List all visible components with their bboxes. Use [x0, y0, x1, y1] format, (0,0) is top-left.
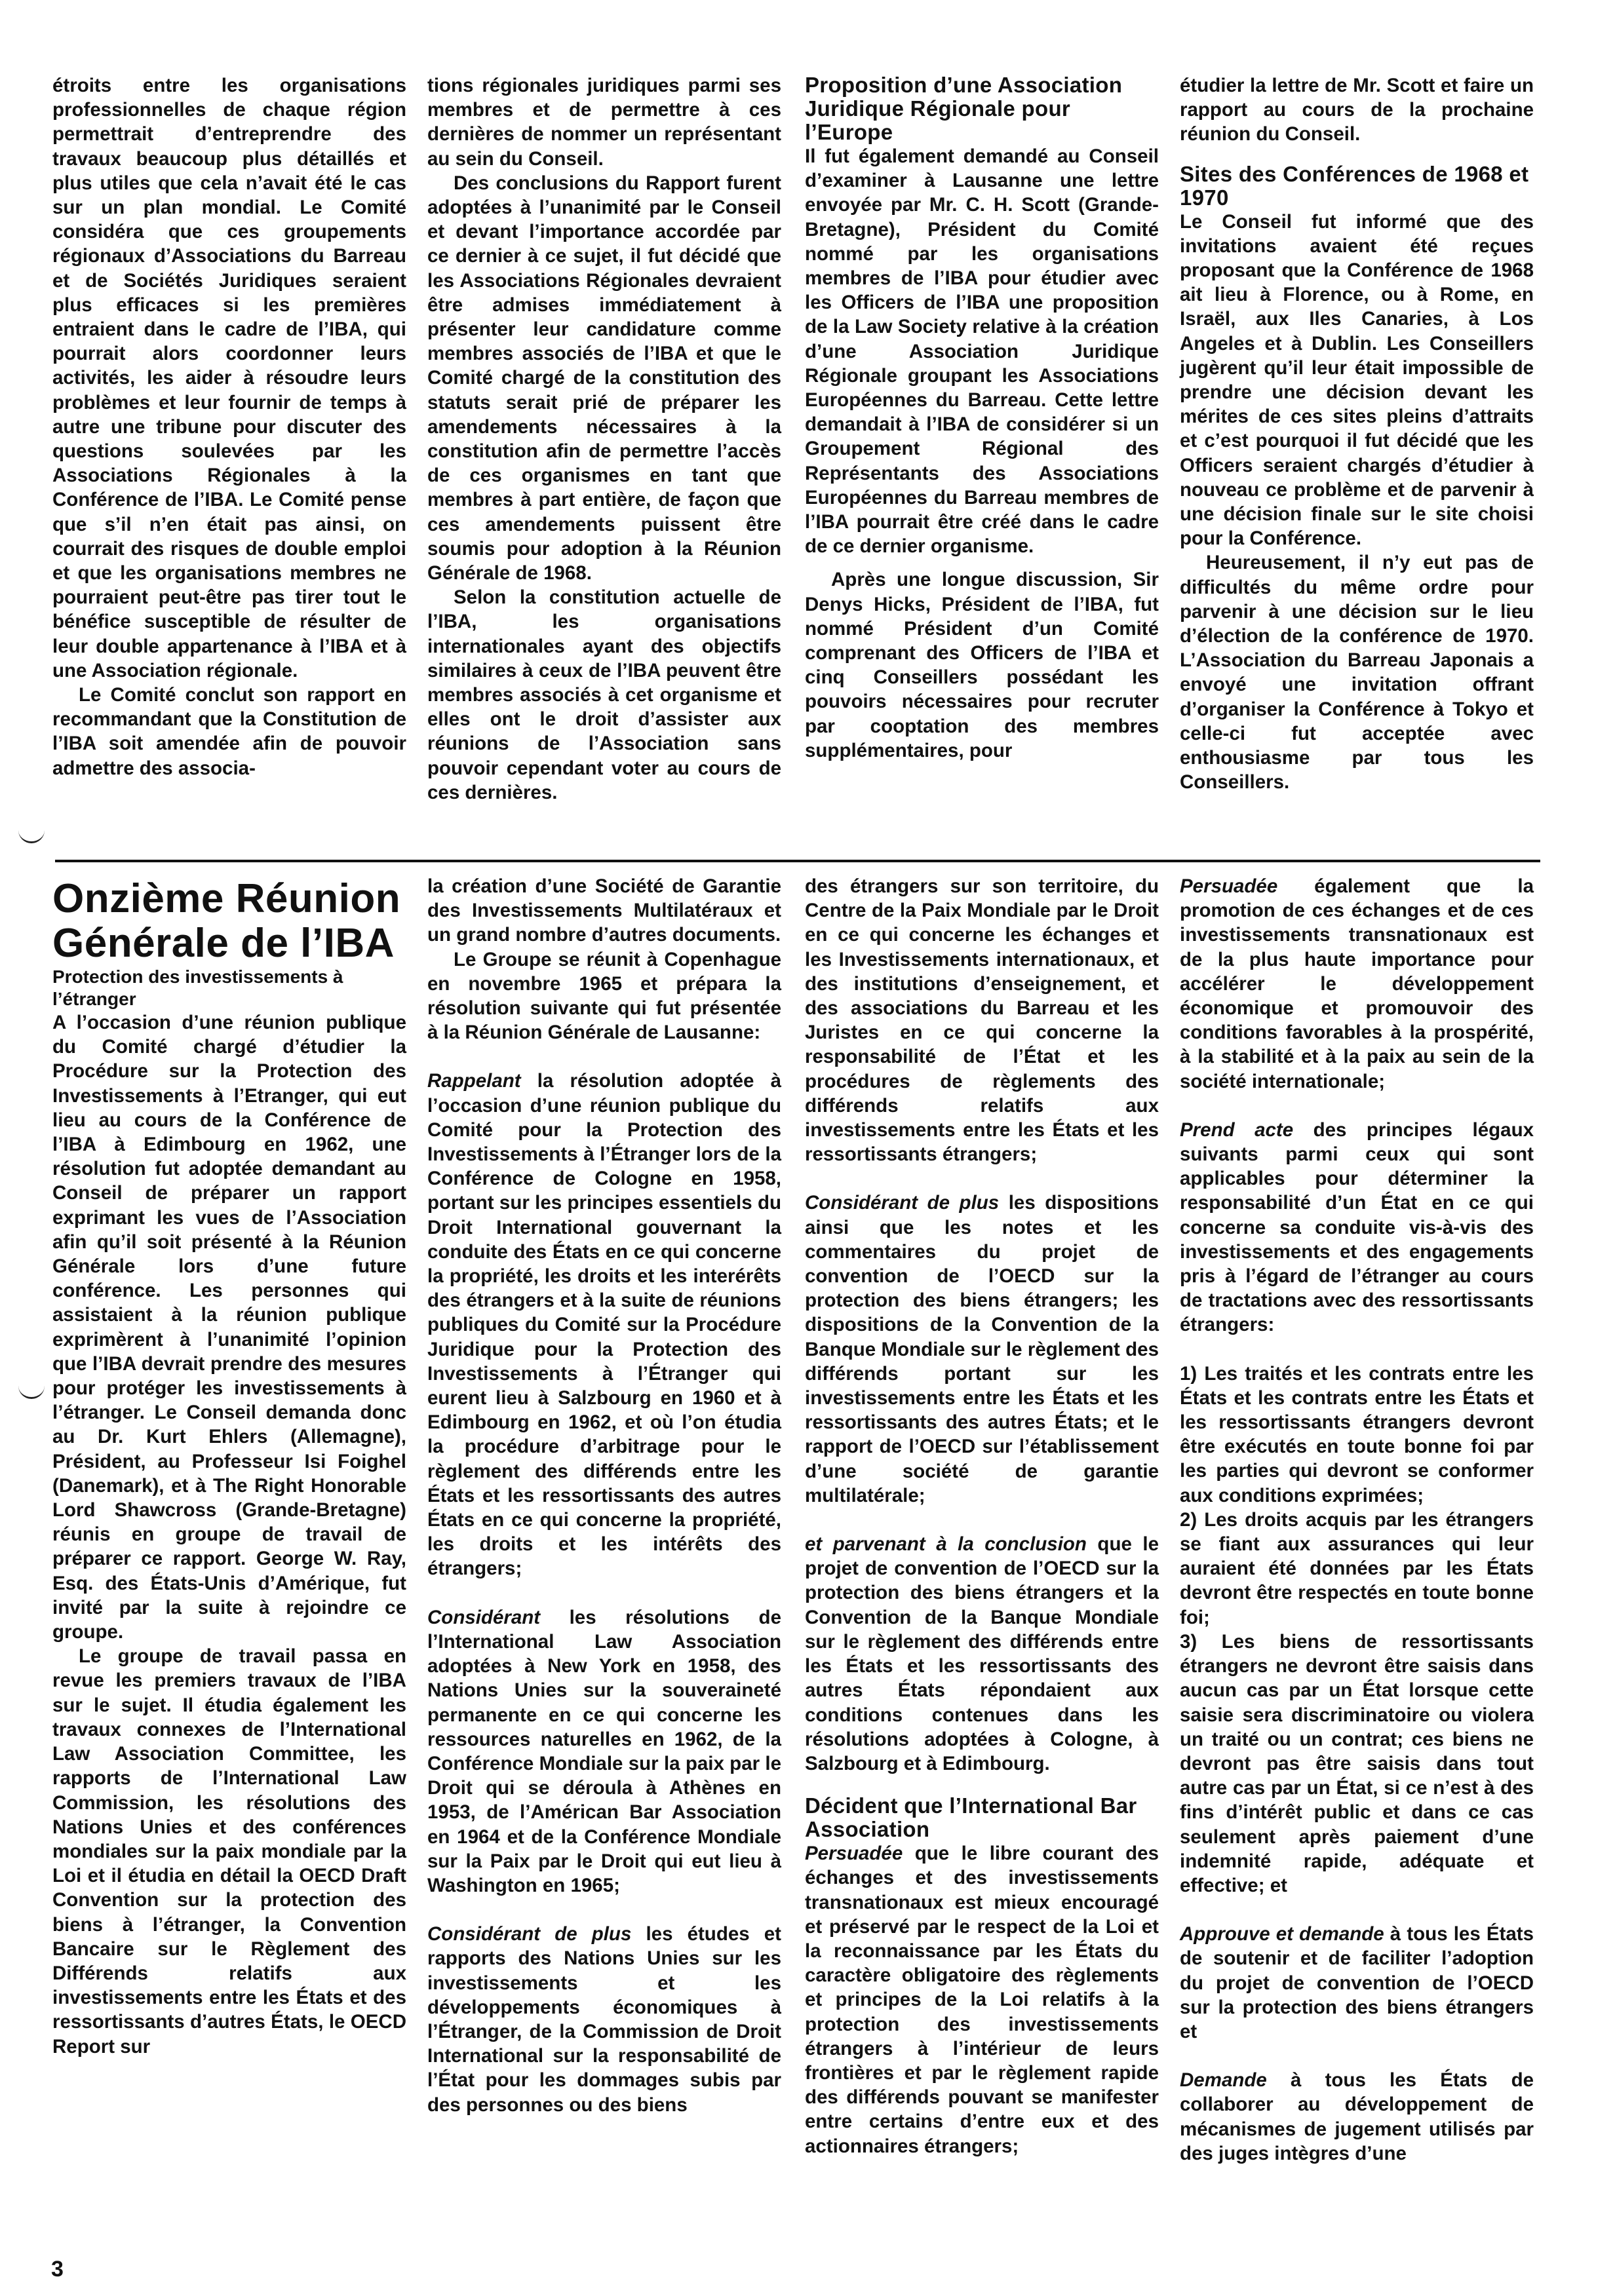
resolution-clause: Considérant les résolutions de l’Interna… — [427, 1605, 781, 1898]
clause-keyword: Considérant — [427, 1607, 540, 1628]
resolution-clause: Considérant de plus les dispositions ain… — [805, 1191, 1159, 1508]
paragraph: Heureusement, il n’y eut pas de difficul… — [1180, 550, 1534, 794]
article-column-2: la création d’une Société de Garantie de… — [427, 874, 781, 2117]
section-heading: Décident que l’International Bar Associa… — [805, 1794, 1159, 1841]
clause-keyword: Rappelant — [427, 1070, 521, 1092]
paragraph: Le Groupe se réunit à Copenhague en nove… — [427, 947, 781, 1045]
paragraph: tions régionales juridiques parmi ses me… — [427, 73, 781, 171]
paragraph: la création d’une Société de Garantie de… — [427, 874, 781, 947]
article-column-3: des étrangers sur son territoire, du Cen… — [805, 874, 1159, 2158]
resolution-clause: Prend acte des principes légaux suivants… — [1180, 1118, 1534, 1337]
top-column-1: étroits entre les organisations professi… — [52, 73, 406, 780]
clause-keyword: Approuve et demande — [1180, 1923, 1384, 1945]
paragraph: Le groupe de travail passa en revue les … — [52, 1644, 406, 2058]
paragraph: Il fut également demandé au Conseil d’ex… — [805, 144, 1159, 558]
list-item: 2) Les droits acquis par les étrangers s… — [1180, 1508, 1534, 1630]
clause-keyword: et parvenant à la conclusion — [805, 1533, 1087, 1555]
paragraph: A l’occasion d’une réunion publique du C… — [52, 1010, 406, 1644]
resolution-clause: Demande à tous les États de collaborer a… — [1180, 2068, 1534, 2166]
list-item: 1) Les traités et les contrats entre les… — [1180, 1362, 1534, 1508]
document-page: étroits entre les organisations professi… — [0, 0, 1615, 2296]
clause-keyword: Considérant de plus — [805, 1192, 999, 1214]
clause-keyword: Demande — [1180, 2069, 1267, 2091]
clause-keyword: Considérant de plus — [427, 1923, 631, 1945]
top-column-4: étudier la lettre de Mr. Scott et faire … — [1180, 73, 1534, 794]
paragraph: Des conclusions du Rapport furent adopté… — [427, 171, 781, 585]
article-title: Onzième Réunion Générale de l’IBA — [52, 877, 406, 966]
paragraph: Selon la constitution actuelle de l’IBA,… — [427, 585, 781, 805]
clause-keyword: Persuadée — [805, 1843, 903, 1864]
margin-mark — [18, 1383, 45, 1399]
clause-keyword: Prend acte — [1180, 1119, 1293, 1141]
paragraph: Après une longue discussion, Sir Denys H… — [805, 567, 1159, 763]
resolution-clause: Rappelant la résolution adoptée à l’occa… — [427, 1069, 781, 1580]
resolution-clause: et parvenant à la conclusion que le proj… — [805, 1532, 1159, 1776]
article-column-1: Onzième Réunion Générale de l’IBA Protec… — [52, 877, 406, 2059]
list-item: 3) Les biens de ressortissants étrangers… — [1180, 1630, 1534, 1898]
top-column-3: Proposition d’une Association Juridique … — [805, 73, 1159, 763]
top-column-2: tions régionales juridiques parmi ses me… — [427, 73, 781, 805]
paragraph: des étrangers sur son territoire, du Cen… — [805, 874, 1159, 1166]
clause-keyword: Persuadée — [1180, 875, 1277, 897]
article-subtitle: Protection des investissements à l’étran… — [52, 966, 406, 1010]
resolution-clause: Considérant de plus les études et rappor… — [427, 1922, 781, 2117]
article-column-4: Persuadée également que la promotion de … — [1180, 874, 1534, 2166]
section-divider — [55, 860, 1540, 862]
section-heading: Proposition d’une Association Juridique … — [805, 73, 1159, 144]
paragraph: Le Conseil fut informé que des invitatio… — [1180, 210, 1534, 551]
paragraph: Le Comité conclut son rapport en recomma… — [52, 683, 406, 780]
margin-mark — [18, 827, 45, 843]
paragraph: étroits entre les organisations professi… — [52, 73, 406, 683]
resolution-clause: Persuadée que le libre courant des échan… — [805, 1841, 1159, 2158]
section-heading: Sites des Conférences de 1968 et 1970 — [1180, 163, 1534, 210]
resolution-clause: Approuve et demande à tous les États de … — [1180, 1922, 1534, 2044]
resolution-clause: Persuadée également que la promotion de … — [1180, 874, 1534, 1094]
paragraph: étudier la lettre de Mr. Scott et faire … — [1180, 73, 1534, 147]
page-number: 3 — [51, 2257, 64, 2282]
